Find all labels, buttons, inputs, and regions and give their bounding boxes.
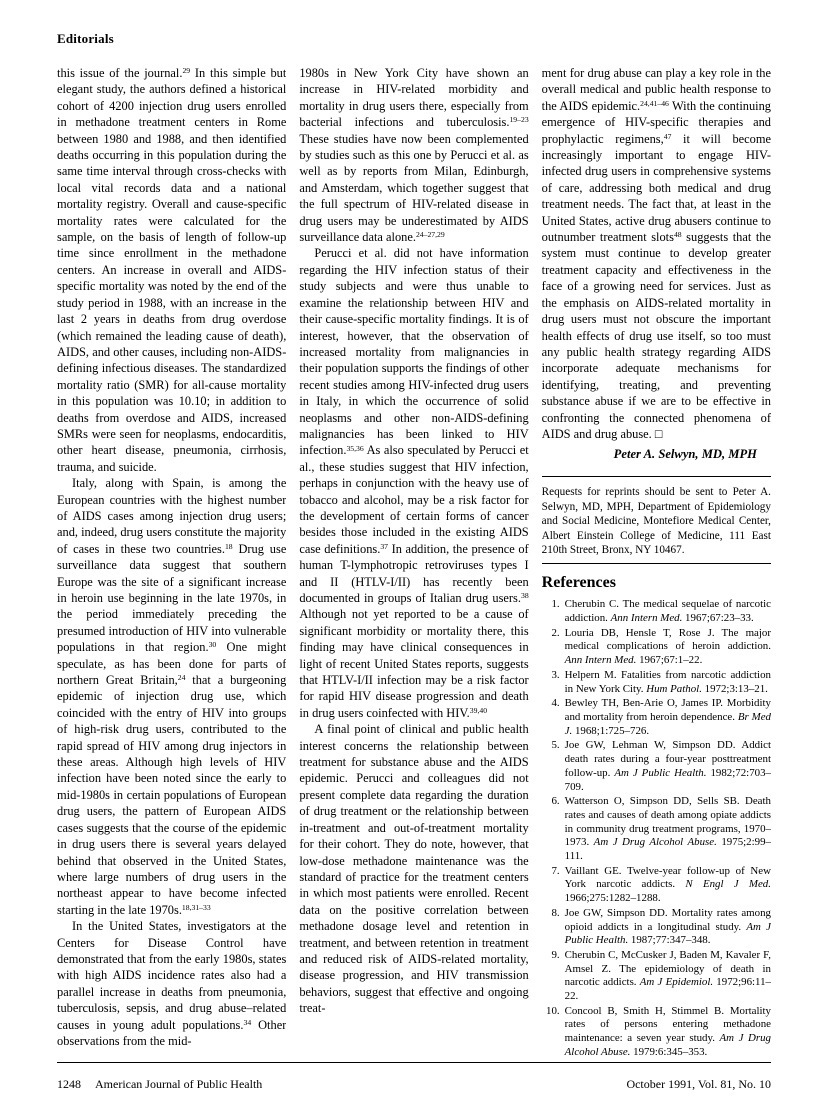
paragraph: A final point of clinical and public hea… [299,721,528,1016]
reference-number: 10. [542,1005,565,1019]
reference-text: Joe GW, Lehman W, Simpson DD. Addict dea… [565,739,771,794]
page-number: 1248 [57,1077,81,1092]
reference-number: 6. [542,795,565,809]
reference-number: 5. [542,739,565,753]
reference-item: 8.Joe GW, Simpson DD. Mortality rates am… [542,907,771,948]
references-list: 1.Cherubin C. The medical sequelae of na… [542,598,771,1055]
paragraph: Italy, along with Spain, is among the Eu… [57,475,286,918]
reference-text: Louria DB, Hensle T, Rose J. The major m… [565,627,771,668]
footer-divider [57,1062,771,1063]
reference-item: 2.Louria DB, Hensle T, Rose J. The major… [542,627,771,668]
column-2: 1980s in New York City have shown an inc… [299,65,528,1055]
reference-number: 8. [542,907,565,921]
reference-text: Joe GW, Simpson DD. Mortality rates amon… [565,907,771,948]
reference-text: Vaillant GE. Twelve-year follow-up of Ne… [565,865,771,906]
reference-text: Helpern M. Fatalities from narcotic addi… [565,669,771,696]
references-title: References [542,574,771,592]
page-footer: 1248 American Journal of Public Health O… [57,1077,771,1092]
article-body: this issue of the journal.29 In this sim… [57,65,771,1055]
reference-item: 9.Cherubin C, McCusker J, Baden M, Kaval… [542,949,771,1004]
reference-item: 3.Helpern M. Fatalities from narcotic ad… [542,669,771,696]
reference-item: 6.Watterson O, Simpson DD, Sells SB. Dea… [542,795,771,864]
column-1: this issue of the journal.29 In this sim… [57,65,286,1055]
author-signature: Peter A. Selwyn, MD, MPH [542,447,771,462]
paragraph: 1980s in New York City have shown an inc… [299,65,528,245]
reference-text: Cherubin C. The medical sequelae of narc… [565,598,771,625]
reference-number: 1. [542,598,565,612]
reference-number: 3. [542,669,565,683]
reference-text: Bewley TH, Ben-Arie O, James IP. Morbidi… [565,697,771,738]
column-3: ment for drug abuse can play a key role … [542,65,771,1055]
reference-item: 5.Joe GW, Lehman W, Simpson DD. Addict d… [542,739,771,794]
journal-name: American Journal of Public Health [95,1077,262,1092]
issue-info: October 1991, Vol. 81, No. 10 [626,1077,771,1092]
reference-number: 2. [542,627,565,641]
reference-text: Watterson O, Simpson DD, Sells SB. Death… [565,795,771,864]
reference-item: 4.Bewley TH, Ben-Arie O, James IP. Morbi… [542,697,771,738]
reference-item: 7.Vaillant GE. Twelve-year follow-up of … [542,865,771,906]
reference-text: Concool B, Smith H, Stimmel B. Mortality… [565,1005,771,1055]
reference-number: 9. [542,949,565,963]
paragraph: In the United States, investigators at t… [57,918,286,1049]
reference-item: 10.Concool B, Smith H, Stimmel B. Mortal… [542,1005,771,1055]
paragraph: this issue of the journal.29 In this sim… [57,65,286,475]
paragraph: ment for drug abuse can play a key role … [542,65,771,442]
journal-page: Editorials this issue of the journal.29 … [0,0,816,1105]
reference-number: 7. [542,865,565,879]
paragraph: Perucci et al. did not have information … [299,245,528,721]
reprints-note: Requests for reprints should be sent to … [542,485,771,557]
divider [542,563,771,564]
divider [542,476,771,477]
reference-number: 4. [542,697,565,711]
running-head: Editorials [57,31,114,47]
reference-item: 1.Cherubin C. The medical sequelae of na… [542,598,771,625]
reference-text: Cherubin C, McCusker J, Baden M, Kavaler… [565,949,771,1004]
